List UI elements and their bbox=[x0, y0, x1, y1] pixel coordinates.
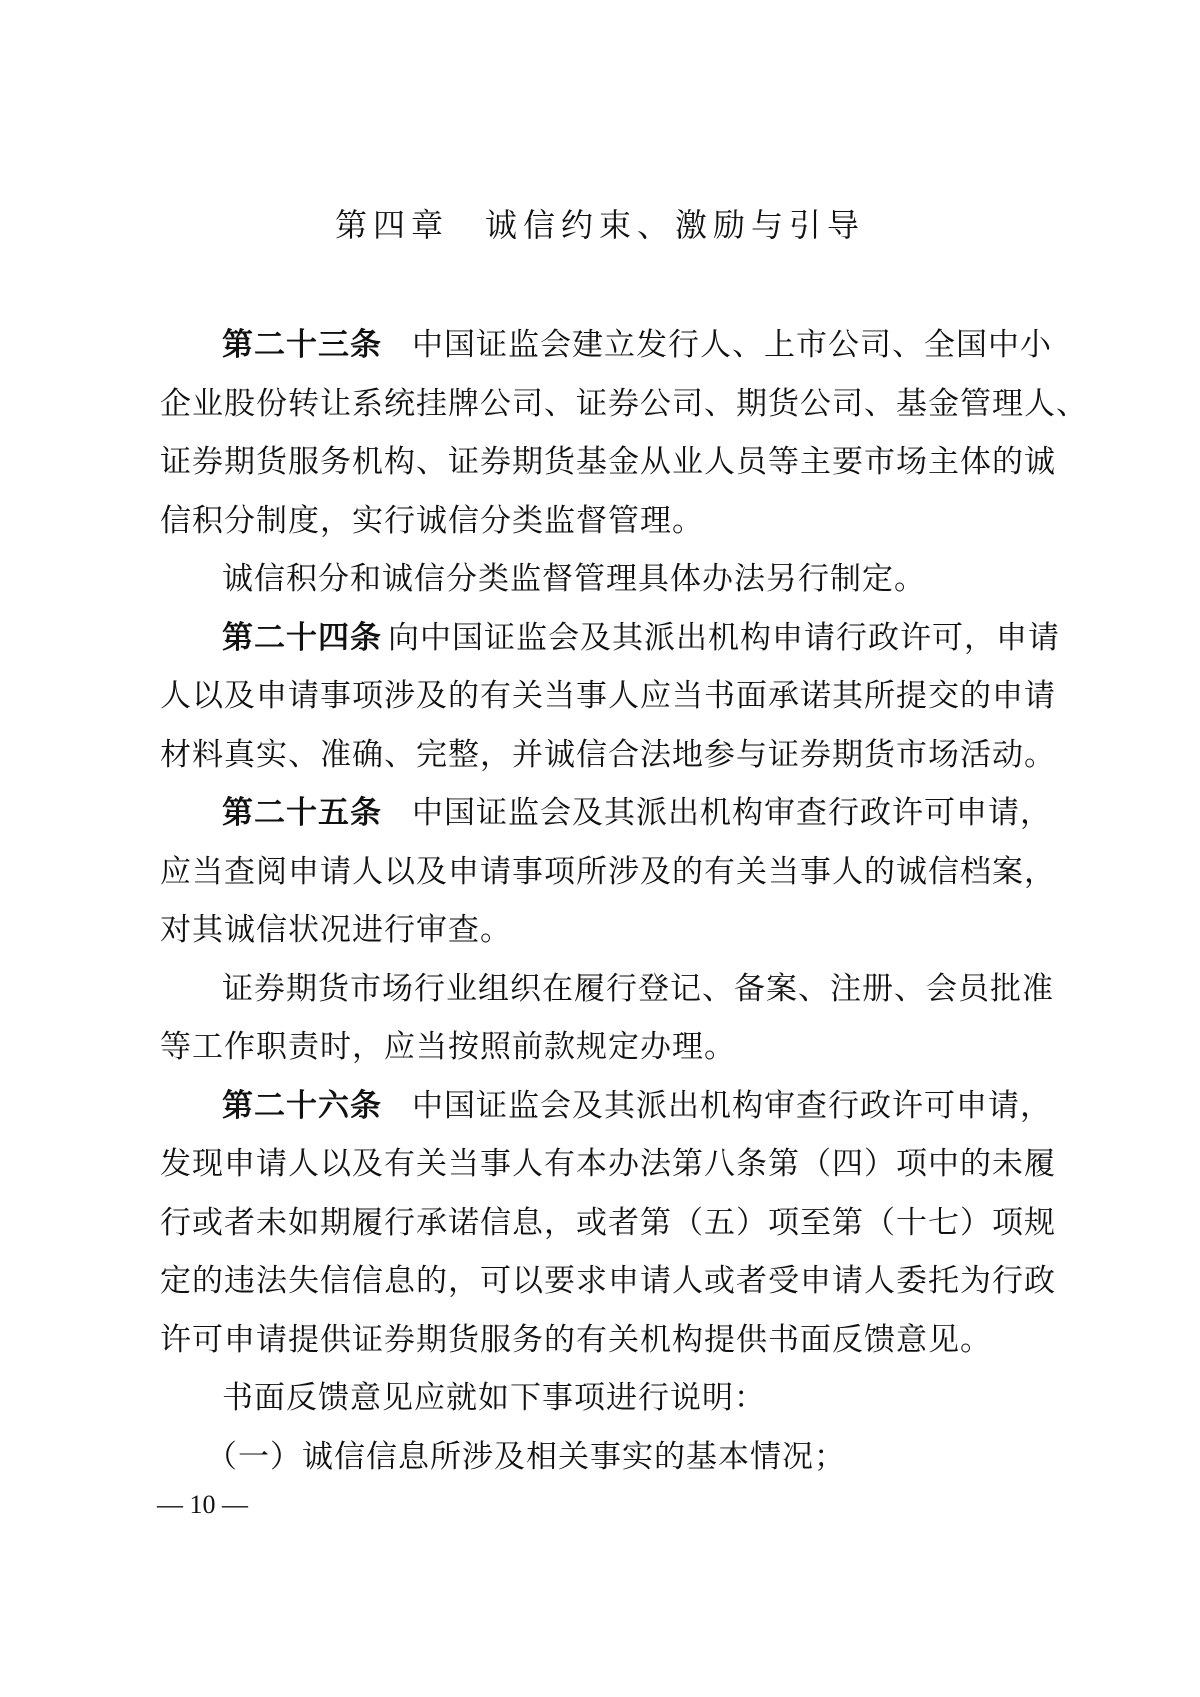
chapter-title: 诚信约束、激励与引导 bbox=[485, 206, 865, 244]
page-number: — 10 — bbox=[157, 1490, 248, 1520]
line-text: 中国证监会建立发行人、上市公司、全国中小 bbox=[412, 327, 1052, 363]
article-25-line-3: 对其诚信状况进行审查。 bbox=[160, 910, 1050, 969]
document-body: 第二十三条中国证监会建立发行人、上市公司、全国中小 企业股份转让系统挂牌公司、证… bbox=[160, 325, 1050, 1495]
line-text: 中国证监会及其派出机构审查行政许可申请， bbox=[412, 1088, 1052, 1124]
article-number: 第二十四条 bbox=[222, 620, 382, 656]
line-text: 向中国证监会及其派出机构申请行政许可，申请 bbox=[388, 620, 1060, 656]
article-26-line-1: 第二十六条中国证监会及其派出机构审查行政许可申请， bbox=[160, 1086, 1050, 1145]
article-number: 第二十六条 bbox=[222, 1088, 382, 1124]
article-25-para-2-line-1: 证券期货市场行业组织在履行登记、备案、注册、会员批准 bbox=[160, 969, 1050, 1028]
article-26-line-3: 行或者未如期履行承诺信息，或者第（五）项至第（十七）项规 bbox=[160, 1203, 1050, 1262]
article-26-line-4: 定的违法失信信息的，可以要求申请人或者受申请人委托为行政 bbox=[160, 1261, 1050, 1320]
line-text: 中国证监会及其派出机构审查行政许可申请， bbox=[412, 795, 1052, 831]
article-number: 第二十三条 bbox=[222, 327, 382, 363]
article-26-item-1: （一）诚信信息所涉及相关事实的基本情况； bbox=[160, 1437, 1050, 1496]
article-23-line-3: 证券期货服务机构、证券期货基金从业人员等主要市场主体的诚 bbox=[160, 442, 1050, 501]
article-25-line-2: 应当查阅申请人以及申请事项所涉及的有关当事人的诚信档案， bbox=[160, 852, 1050, 911]
article-23-line-1: 第二十三条中国证监会建立发行人、上市公司、全国中小 bbox=[160, 325, 1050, 384]
article-26-line-2: 发现申请人以及有关当事人有本办法第八条第（四）项中的未履 bbox=[160, 1144, 1050, 1203]
chapter-heading: 第四章诚信约束、激励与引导 bbox=[0, 200, 1200, 246]
article-25-line-1: 第二十五条中国证监会及其派出机构审查行政许可申请， bbox=[160, 793, 1050, 852]
article-25-para-2-line-2: 等工作职责时，应当按照前款规定办理。 bbox=[160, 1027, 1050, 1086]
chapter-number: 第四章 bbox=[335, 206, 449, 244]
article-26-para-2: 书面反馈意见应就如下事项进行说明： bbox=[160, 1378, 1050, 1437]
article-26-line-5: 许可申请提供证券期货服务的有关机构提供书面反馈意见。 bbox=[160, 1320, 1050, 1379]
article-24-line-1: 第二十四条向中国证监会及其派出机构申请行政许可，申请 bbox=[160, 618, 1050, 677]
article-24-line-2: 人以及申请事项涉及的有关当事人应当书面承诺其所提交的申请 bbox=[160, 676, 1050, 735]
article-24-line-3: 材料真实、准确、完整，并诚信合法地参与证券期货市场活动。 bbox=[160, 735, 1050, 794]
article-23-line-4: 信积分制度，实行诚信分类监督管理。 bbox=[160, 501, 1050, 560]
article-23-para-2: 诚信积分和诚信分类监督管理具体办法另行制定。 bbox=[160, 559, 1050, 618]
article-number: 第二十五条 bbox=[222, 795, 382, 831]
article-23-line-2: 企业股份转让系统挂牌公司、证券公司、期货公司、基金管理人、 bbox=[160, 384, 1050, 443]
